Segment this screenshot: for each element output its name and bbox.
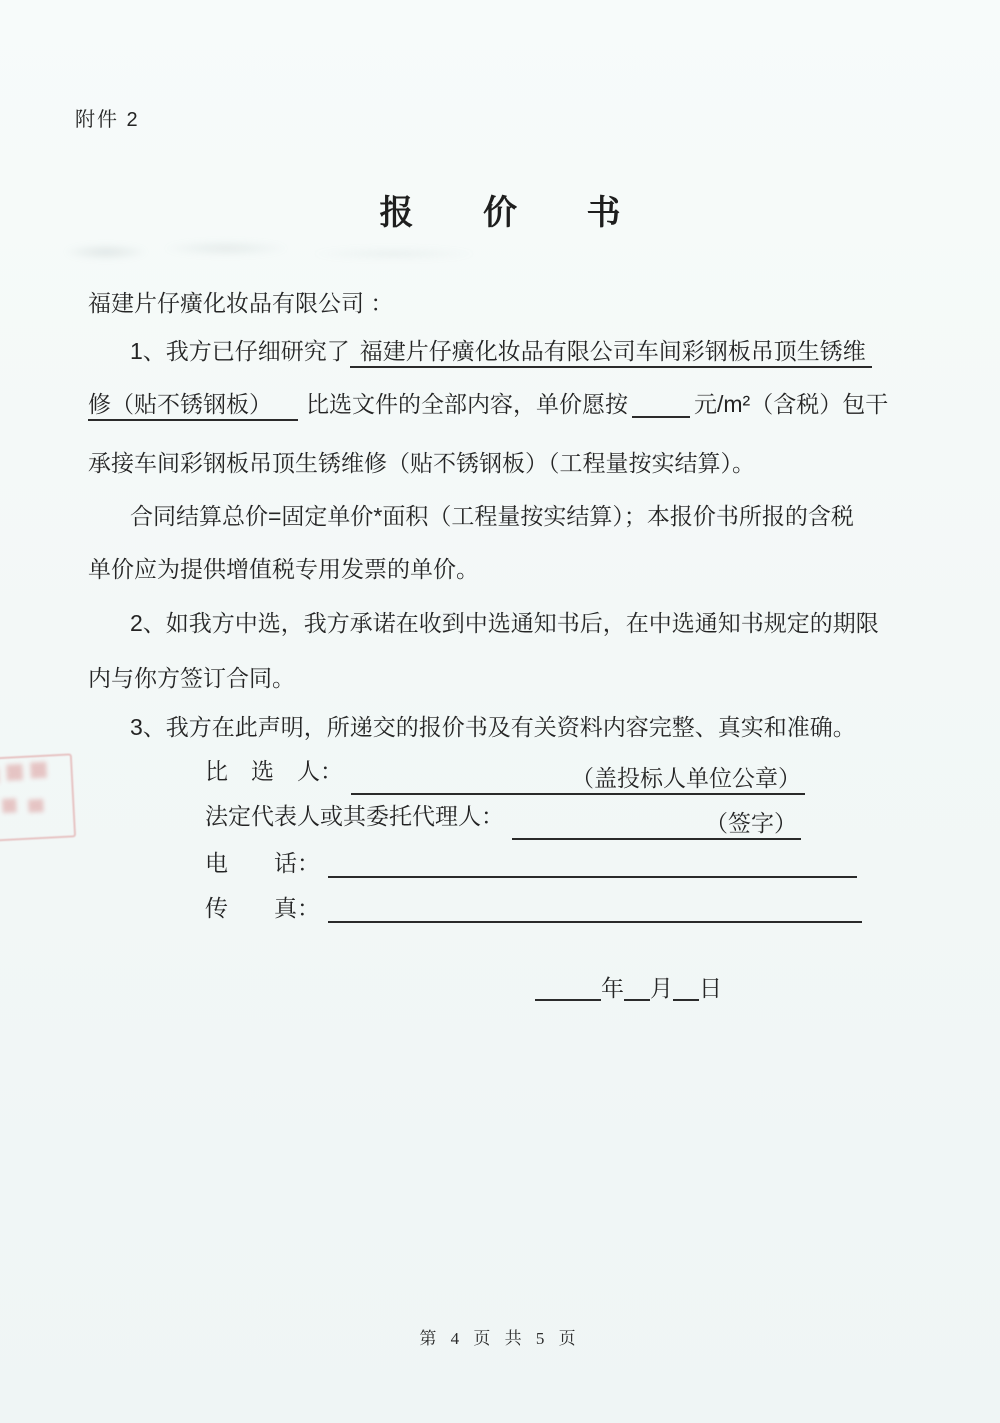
paragraph2-line2: 单价应为提供增值税专用发票的单价。 bbox=[88, 554, 944, 584]
page-title: 报 价 书 bbox=[0, 185, 1000, 234]
phone-row: 电 话： bbox=[205, 845, 857, 879]
paragraph3-line1: 2、如我方中选，我方承诺在收到中选通知书后，在中选通知书规定的期限 bbox=[88, 608, 944, 638]
year-blank bbox=[535, 975, 601, 1001]
bidder-row: 比 选 人：（盖投标人单位公章） bbox=[205, 755, 805, 795]
signature-note: （签字） bbox=[705, 810, 797, 836]
day-blank bbox=[673, 975, 699, 1001]
attachment-label: 附件 2 bbox=[75, 103, 140, 132]
month-label: 月 bbox=[650, 975, 673, 1001]
paragraph3-line2: 内与你方签订合同。 bbox=[88, 663, 944, 693]
paragraph1-line2: 修（贴不锈钢板）比选文件的全部内容，单价愿按元/m²（含税）包干 bbox=[88, 389, 944, 419]
project-name-underlined-cont: 修（贴不锈钢板） bbox=[88, 391, 298, 421]
paragraph4-text: 3、我方在此声明，所递交的报价书及有关资料内容完整、真实和准确。 bbox=[130, 714, 856, 740]
representative-row: 法定代表人或其委托代理人：（签字） bbox=[205, 800, 801, 840]
fax-row: 传 真： bbox=[205, 890, 862, 924]
stamp-mark bbox=[30, 762, 47, 779]
salutation: 福建片仔癀化妆品有限公司 ： bbox=[88, 288, 944, 318]
date-line: 年月日 bbox=[535, 970, 722, 1003]
fax-blank bbox=[328, 890, 862, 923]
paragraph4-line1: 3、我方在此声明，所递交的报价书及有关资料内容完整、真实和准确。 bbox=[88, 712, 944, 742]
bidder-name-blank: （盖投标人单位公章） bbox=[351, 762, 805, 795]
paragraph1-mid: 比选文件的全部内容，单价愿按 bbox=[306, 391, 628, 417]
paragraph1-unit: 元/m²（含税）包干 bbox=[694, 391, 888, 417]
paragraph1-line3: 承接车间彩钢板吊顶生锈维修（贴不锈钢板）（工程量按实结算）。 bbox=[88, 448, 944, 478]
stamp-mark bbox=[28, 799, 44, 813]
unit-price-blank bbox=[632, 390, 690, 418]
stamp-mark bbox=[6, 764, 23, 781]
paragraph1-intro: 1、我方已仔细研究了 bbox=[130, 338, 350, 364]
phone-label: 电 话： bbox=[205, 850, 320, 876]
phone-blank bbox=[328, 845, 857, 878]
ink-bleed-smudge bbox=[58, 234, 538, 270]
page-number: 第 4 页 共 5 页 bbox=[0, 1324, 1000, 1349]
paragraph2-text: 合同结算总价=固定单价*面积（工程量按实结算）；本报价书所报的含税 bbox=[130, 503, 854, 529]
paragraph2-line1: 合同结算总价=固定单价*面积（工程量按实结算）；本报价书所报的含税 bbox=[88, 501, 944, 531]
month-blank bbox=[624, 975, 650, 1001]
paragraph1-line1: 1、我方已仔细研究了福建片仔癀化妆品有限公司车间彩钢板吊顶生锈维 bbox=[88, 336, 944, 366]
year-label: 年 bbox=[601, 975, 624, 1001]
document-page: 附件 2 报 价 书 福建片仔癀化妆品有限公司 ： 1、我方已仔细研究了福建片仔… bbox=[0, 0, 1000, 1423]
day-label: 日 bbox=[699, 975, 722, 1001]
representative-signature-blank: （签字） bbox=[512, 807, 801, 840]
paragraph3-text: 2、如我方中选，我方承诺在收到中选通知书后，在中选通知书规定的期限 bbox=[130, 610, 879, 636]
bidder-seal-note: （盖投标人单位公章） bbox=[571, 765, 801, 791]
representative-label: 法定代表人或其委托代理人： bbox=[205, 803, 504, 829]
red-stamp bbox=[0, 753, 76, 842]
bidder-label: 比 选 人： bbox=[205, 758, 343, 784]
stamp-mark bbox=[2, 798, 17, 813]
fax-label: 传 真： bbox=[205, 895, 320, 921]
project-name-underlined: 福建片仔癀化妆品有限公司车间彩钢板吊顶生锈维 bbox=[350, 338, 872, 368]
